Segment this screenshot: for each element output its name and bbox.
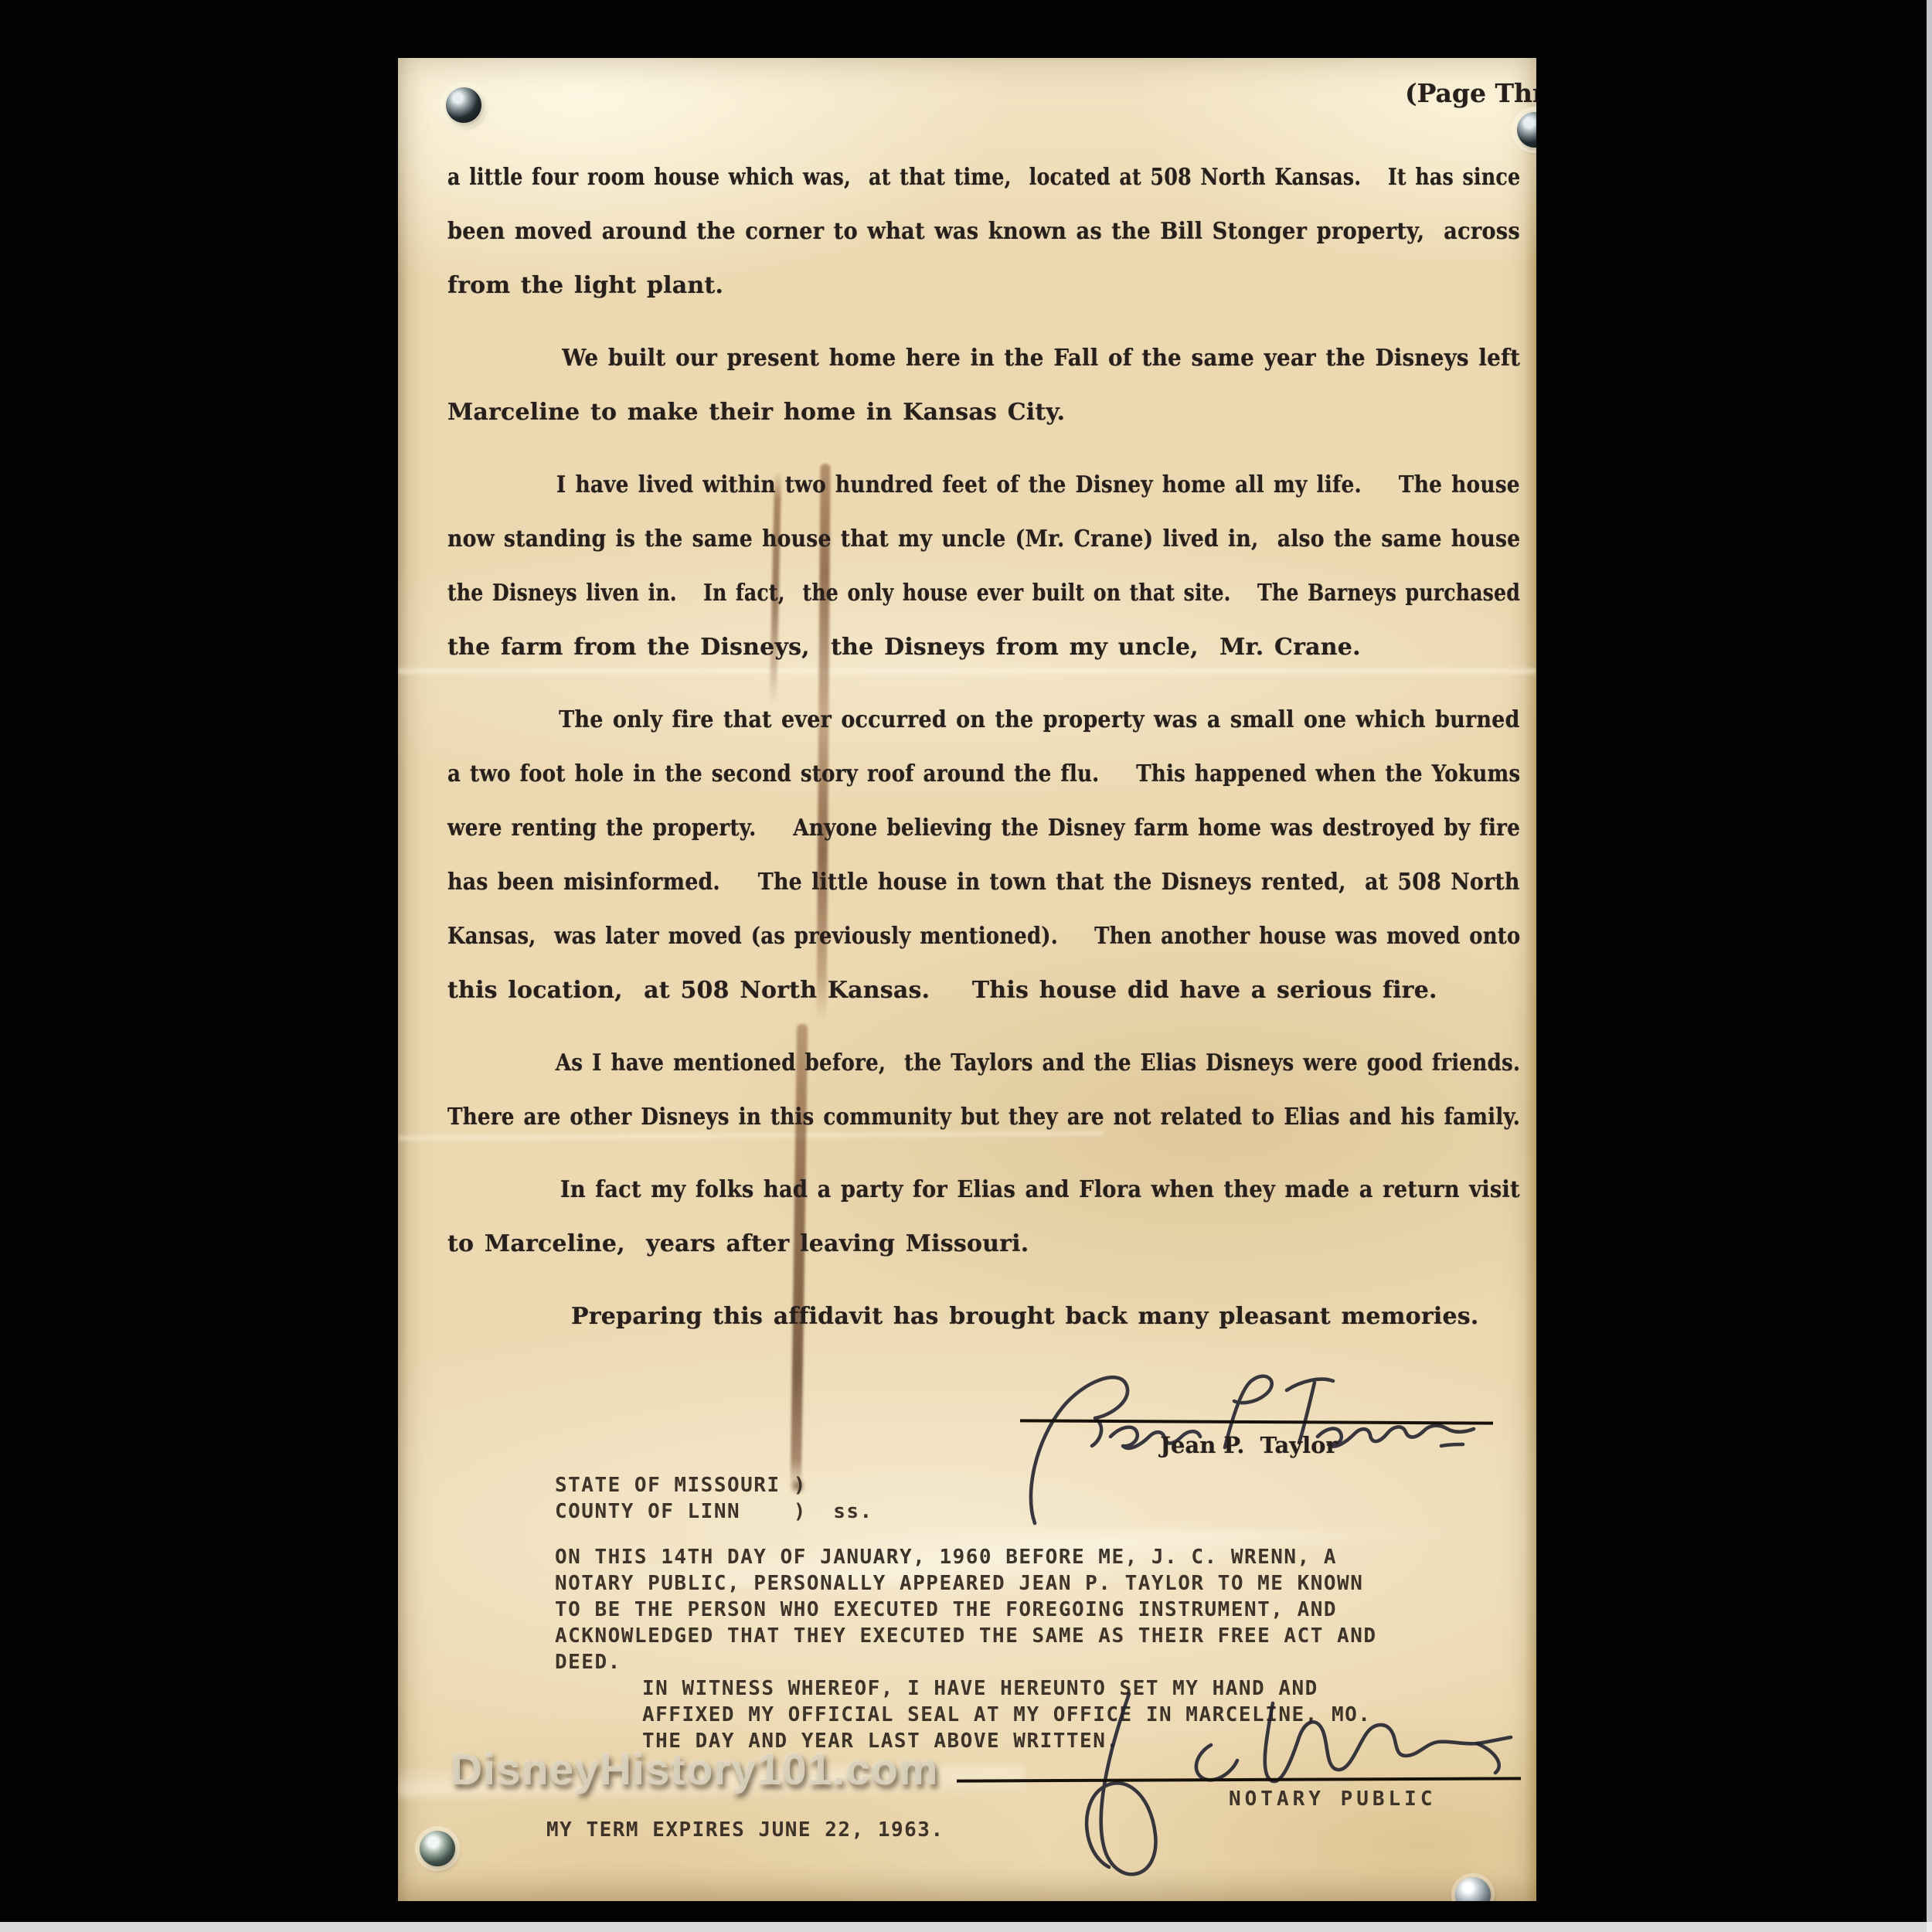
affidavit-line: Kansas, was later moved (as previously m…: [447, 910, 1375, 964]
term-expires-line: MY TERM EXPIRES JUNE 22, 1963.: [546, 1818, 944, 1842]
affidavit-line: this location, at 508 North Kansas. This…: [447, 964, 1520, 1018]
affidavit-line: I have lived within two hundred feet of …: [447, 458, 1392, 512]
pushpin-icon-top-right: [1517, 112, 1536, 148]
affidavit-paragraph: I have lived within two hundred feet of …: [447, 458, 1520, 675]
text-line: COUNTY OF LINN ) ss.: [555, 1498, 873, 1525]
text-line: TO BE THE PERSON WHO EXECUTED THE FOREGO…: [555, 1597, 1444, 1623]
affidavit-line: The only fire that ever occurred on the …: [447, 693, 1413, 747]
affidavit-line: from the light plant.: [447, 259, 1520, 313]
affidavit-line: to Marceline, years after leaving Missou…: [447, 1217, 1520, 1271]
affidavit-line: In fact my folks had a party for Elias a…: [447, 1163, 1425, 1217]
affidavit-paragraph: a little four room house which was, at t…: [447, 151, 1520, 313]
affidavit-paragraph: We built our present home here in the Fa…: [447, 332, 1520, 440]
text-line: ON THIS 14TH DAY OF JANUARY, 1960 BEFORE…: [555, 1544, 1444, 1570]
affidavit-line: the Disneys liven in. In fact, the only …: [447, 566, 1348, 621]
affidavit-line: As I have mentioned before, the Taylors …: [447, 1036, 1384, 1090]
pushpin-icon-top-left: [446, 87, 481, 123]
affidavit-paragraph: In fact my folks had a party for Elias a…: [447, 1163, 1520, 1271]
affidavit-line: a little four room house which was, at t…: [447, 151, 1354, 205]
affidavit-line: There are other Disneys in this communit…: [447, 1090, 1384, 1145]
screen-edge-line-bottom: [0, 1922, 1932, 1932]
affidavit-line: has been misinformed. The little house i…: [447, 855, 1407, 910]
affidavit-paragraph: Preparing this affidavit has brought bac…: [447, 1290, 1520, 1344]
affidavit-line: been moved around the corner to what was…: [447, 205, 1424, 259]
text-line: ACKNOWLEDGED THAT THEY EXECUTED THE SAME…: [555, 1623, 1444, 1649]
affidavit-line: Marceline to make their home in Kansas C…: [447, 386, 1520, 440]
watermark: DisneyHistory101.com: [451, 1744, 938, 1795]
j-c-wrenn-signature: [993, 1654, 1534, 1893]
affidavit-line: We built our present home here in the Fa…: [447, 332, 1441, 386]
affidavit-page: (Page Three a little four room house whi…: [398, 58, 1536, 1901]
affidavit-line: now standing is the same house that my u…: [447, 512, 1403, 566]
affidavit-photo: (Page Three a little four room house whi…: [0, 0, 1932, 1932]
affidavit-paragraph: The only fire that ever occurred on the …: [447, 693, 1520, 1018]
affidavit-line: the farm from the Disneys, the Disneys f…: [447, 621, 1520, 675]
page-number-header: (Page Three: [1405, 78, 1536, 108]
affidavit-line: Preparing this affidavit has brought bac…: [447, 1290, 1520, 1344]
notary-venue: STATE OF MISSOURI )COUNTY OF LINN ) ss.: [555, 1472, 873, 1525]
affidavit-line: were renting the property. Anyone believ…: [447, 801, 1387, 855]
affidavit-body: a little four room house which was, at t…: [447, 151, 1520, 1344]
text-line: STATE OF MISSOURI ): [555, 1472, 873, 1498]
notary-public-caption: NOTARY PUBLIC: [1229, 1787, 1437, 1811]
signature-typed-name: Jean P. Taylor: [1114, 1432, 1384, 1458]
screen-edge-line-right: [1927, 0, 1932, 1932]
affidavit-line: a two foot hole in the second story roof…: [447, 747, 1384, 801]
affidavit-paragraph: As I have mentioned before, the Taylors …: [447, 1036, 1520, 1145]
text-line: NOTARY PUBLIC, PERSONALLY APPEARED JEAN …: [555, 1570, 1444, 1597]
pushpin-icon-bottom-left: [420, 1831, 455, 1866]
